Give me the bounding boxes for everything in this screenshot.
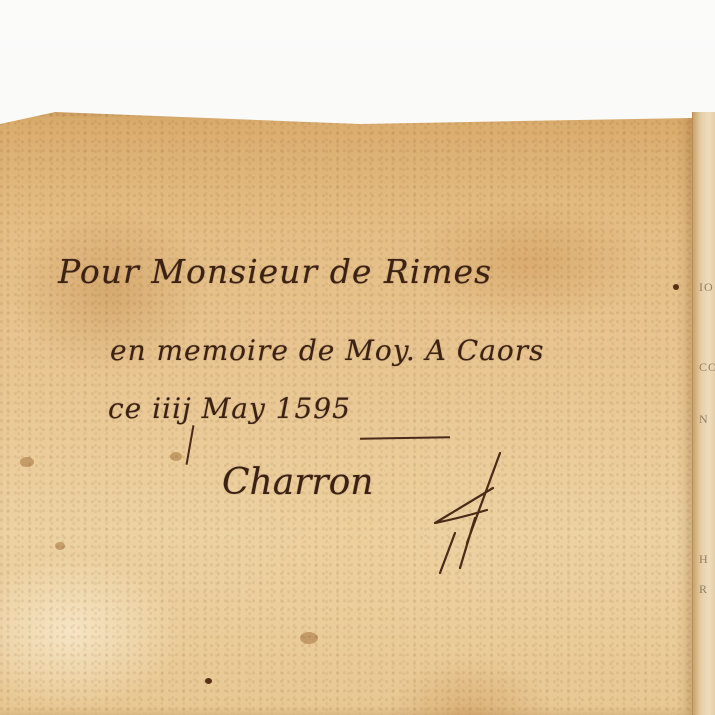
text-block-edge: IO CON N H R — [692, 112, 715, 715]
date-underline — [360, 436, 450, 440]
edge-text-fragment: IO — [699, 280, 714, 295]
edge-text-fragment: H — [699, 552, 709, 567]
inscription-line-1: Pour Monsieur de Rimes — [58, 252, 492, 291]
inscription-line-2: en memoire de Moy. A Caors — [110, 334, 545, 367]
edge-text-fragment: CON — [699, 360, 715, 375]
descender-stroke — [186, 425, 195, 465]
signature-flourish-icon — [405, 448, 505, 578]
signature: Charron — [222, 462, 373, 503]
handwritten-inscription: Pour Monsieur de Rimes en memoire de Moy… — [0, 0, 692, 715]
edge-text-fragment: R — [699, 582, 708, 597]
inscription-line-3: ce iiij May 1595 — [108, 392, 351, 425]
edge-text-fragment: N — [699, 412, 709, 427]
